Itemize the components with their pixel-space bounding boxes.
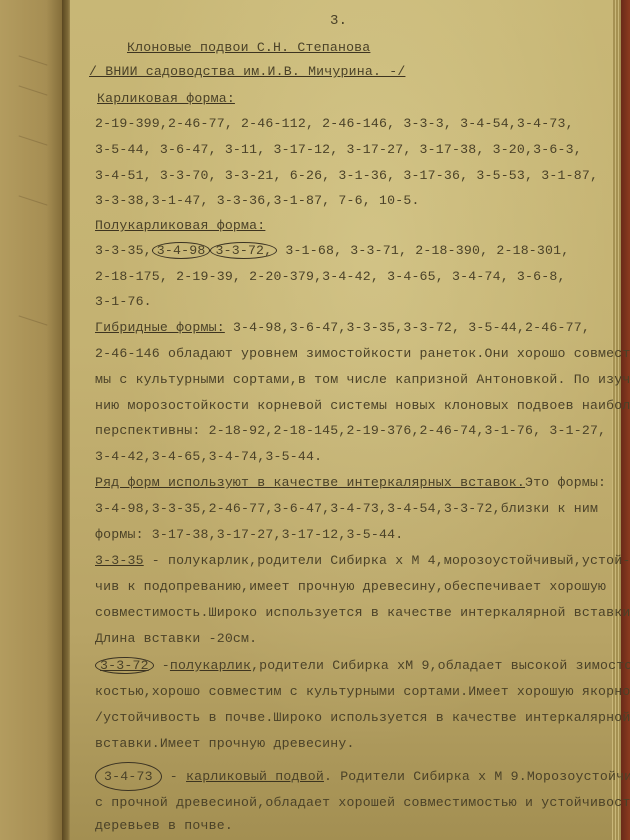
semidwarf-heading: Полукарликовая форма: xyxy=(95,218,265,233)
semidwarf-line: 3-1-76. xyxy=(95,294,152,309)
entry-line: вставки.Имеет прочную древесину. xyxy=(95,736,355,751)
entry-line: совместимость.Широко используется в каче… xyxy=(95,605,630,620)
entry-line: с прочной древесиной,обладает хорошей со… xyxy=(95,795,630,810)
facing-page xyxy=(0,0,66,840)
circled-code: 3-4-98 xyxy=(152,242,211,259)
interstock-line: Ряд форм используют в качестве интеркаля… xyxy=(95,475,606,490)
hybrid-codes: 3-4-98,3-6-47,3-3-35,3-3-72, 3-5-44,2-46… xyxy=(225,320,590,335)
entry-label: полукарлик xyxy=(170,658,251,673)
semidwarf-code: 3-3-35, xyxy=(95,243,152,258)
dwarf-line: 2-19-399,2-46-77, 2-46-112, 2-46-146, 3-… xyxy=(95,116,574,131)
entry-text: - полукарлик,родители Сибирка х М 4,моро… xyxy=(144,553,630,568)
interstock-line: формы: 3-17-38,3-17-27,3-17-12,3-5-44. xyxy=(95,527,403,542)
entry-line: Длина вставки -20см. xyxy=(95,631,257,646)
entry-line: 3-3-72 -полукарлик,родители Сибирка хМ 9… xyxy=(95,658,630,673)
entry-line: 3-3-35 - полукарлик,родители Сибирка х М… xyxy=(95,553,630,568)
hybrid-line: нию морозостойкости корневой системы нов… xyxy=(95,398,630,413)
entry-text: . Родители Сибирка х М 9.Морозоустойчивы… xyxy=(324,769,630,784)
dash: - xyxy=(162,769,186,784)
circled-entry-code: 3-4-73 xyxy=(95,762,162,791)
interstock-line: 3-4-98,3-3-35,2-46-77,3-6-47,3-4-73,3-4-… xyxy=(95,501,598,516)
hybrid-line: 2-46-146 обладают уровнем зимостойкости … xyxy=(95,346,630,361)
entry-text: ,родители Сибирка хМ 9,обладает высокой … xyxy=(251,658,630,673)
dwarf-line: 3-4-51, 3-3-70, 3-3-21, 6-26, 3-1-36, 3-… xyxy=(95,168,598,183)
semidwarf-line: 2-18-175, 2-19-39, 2-20-379,3-4-42, 3-4-… xyxy=(95,269,566,284)
entry-line: костью,хорошо совместим с культурными со… xyxy=(95,684,630,699)
hybrid-line: перспективны: 2-18-92,2-18-145,2-19-376,… xyxy=(95,423,606,438)
entry-label: карликовый подвой xyxy=(186,769,324,784)
hybrid-heading: Гибридные формы: xyxy=(95,320,225,335)
hybrid-line: 3-4-42,3-4-65,3-4-74,3-5-44. xyxy=(95,449,322,464)
dash: - xyxy=(154,658,170,673)
entry-line: чив к подопреванию,имеет прочную древеси… xyxy=(95,579,606,594)
dwarf-line: 3-5-44, 3-6-47, 3-11, 3-17-12, 3-17-27, … xyxy=(95,142,582,157)
entry-line: /устойчивость в почве.Широко используетс… xyxy=(95,710,630,725)
entry-line: 3-4-73 - карликовый подвой. Родители Сиб… xyxy=(95,765,630,788)
semidwarf-line: 3-3-35,3-4-983-3-72, 3-1-68, 3-3-71, 2-1… xyxy=(95,243,569,258)
document-title: Клоновые подвои С.Н. Степанова xyxy=(127,40,370,55)
page-number: 3. xyxy=(330,13,347,29)
hybrid-line: Гибридные формы: 3-4-98,3-6-47,3-3-35,3-… xyxy=(95,320,590,335)
dwarf-line: 3-3-38,3-1-47, 3-3-36,3-1-87, 7-6, 10-5. xyxy=(95,193,420,208)
hybrid-line: мы с культурными сортами,в том числе кап… xyxy=(95,372,630,387)
interstock-heading: Ряд форм используют в качестве интеркаля… xyxy=(95,475,525,490)
entry-line: деревьев в почве. xyxy=(95,818,233,833)
circled-entry-code: 3-3-72 xyxy=(95,657,154,674)
interstock-heading-rest: Это формы: xyxy=(525,475,606,490)
institution-line: / ВНИИ садоводства им.И.В. Мичурина. -/ xyxy=(89,64,405,79)
circled-code: 3-3-72, xyxy=(210,242,277,259)
semidwarf-codes: 3-1-68, 3-3-71, 2-18-390, 2-18-301, xyxy=(277,243,569,258)
dwarf-heading: Карликовая форма: xyxy=(97,91,235,106)
entry-code: 3-3-35 xyxy=(95,553,144,568)
